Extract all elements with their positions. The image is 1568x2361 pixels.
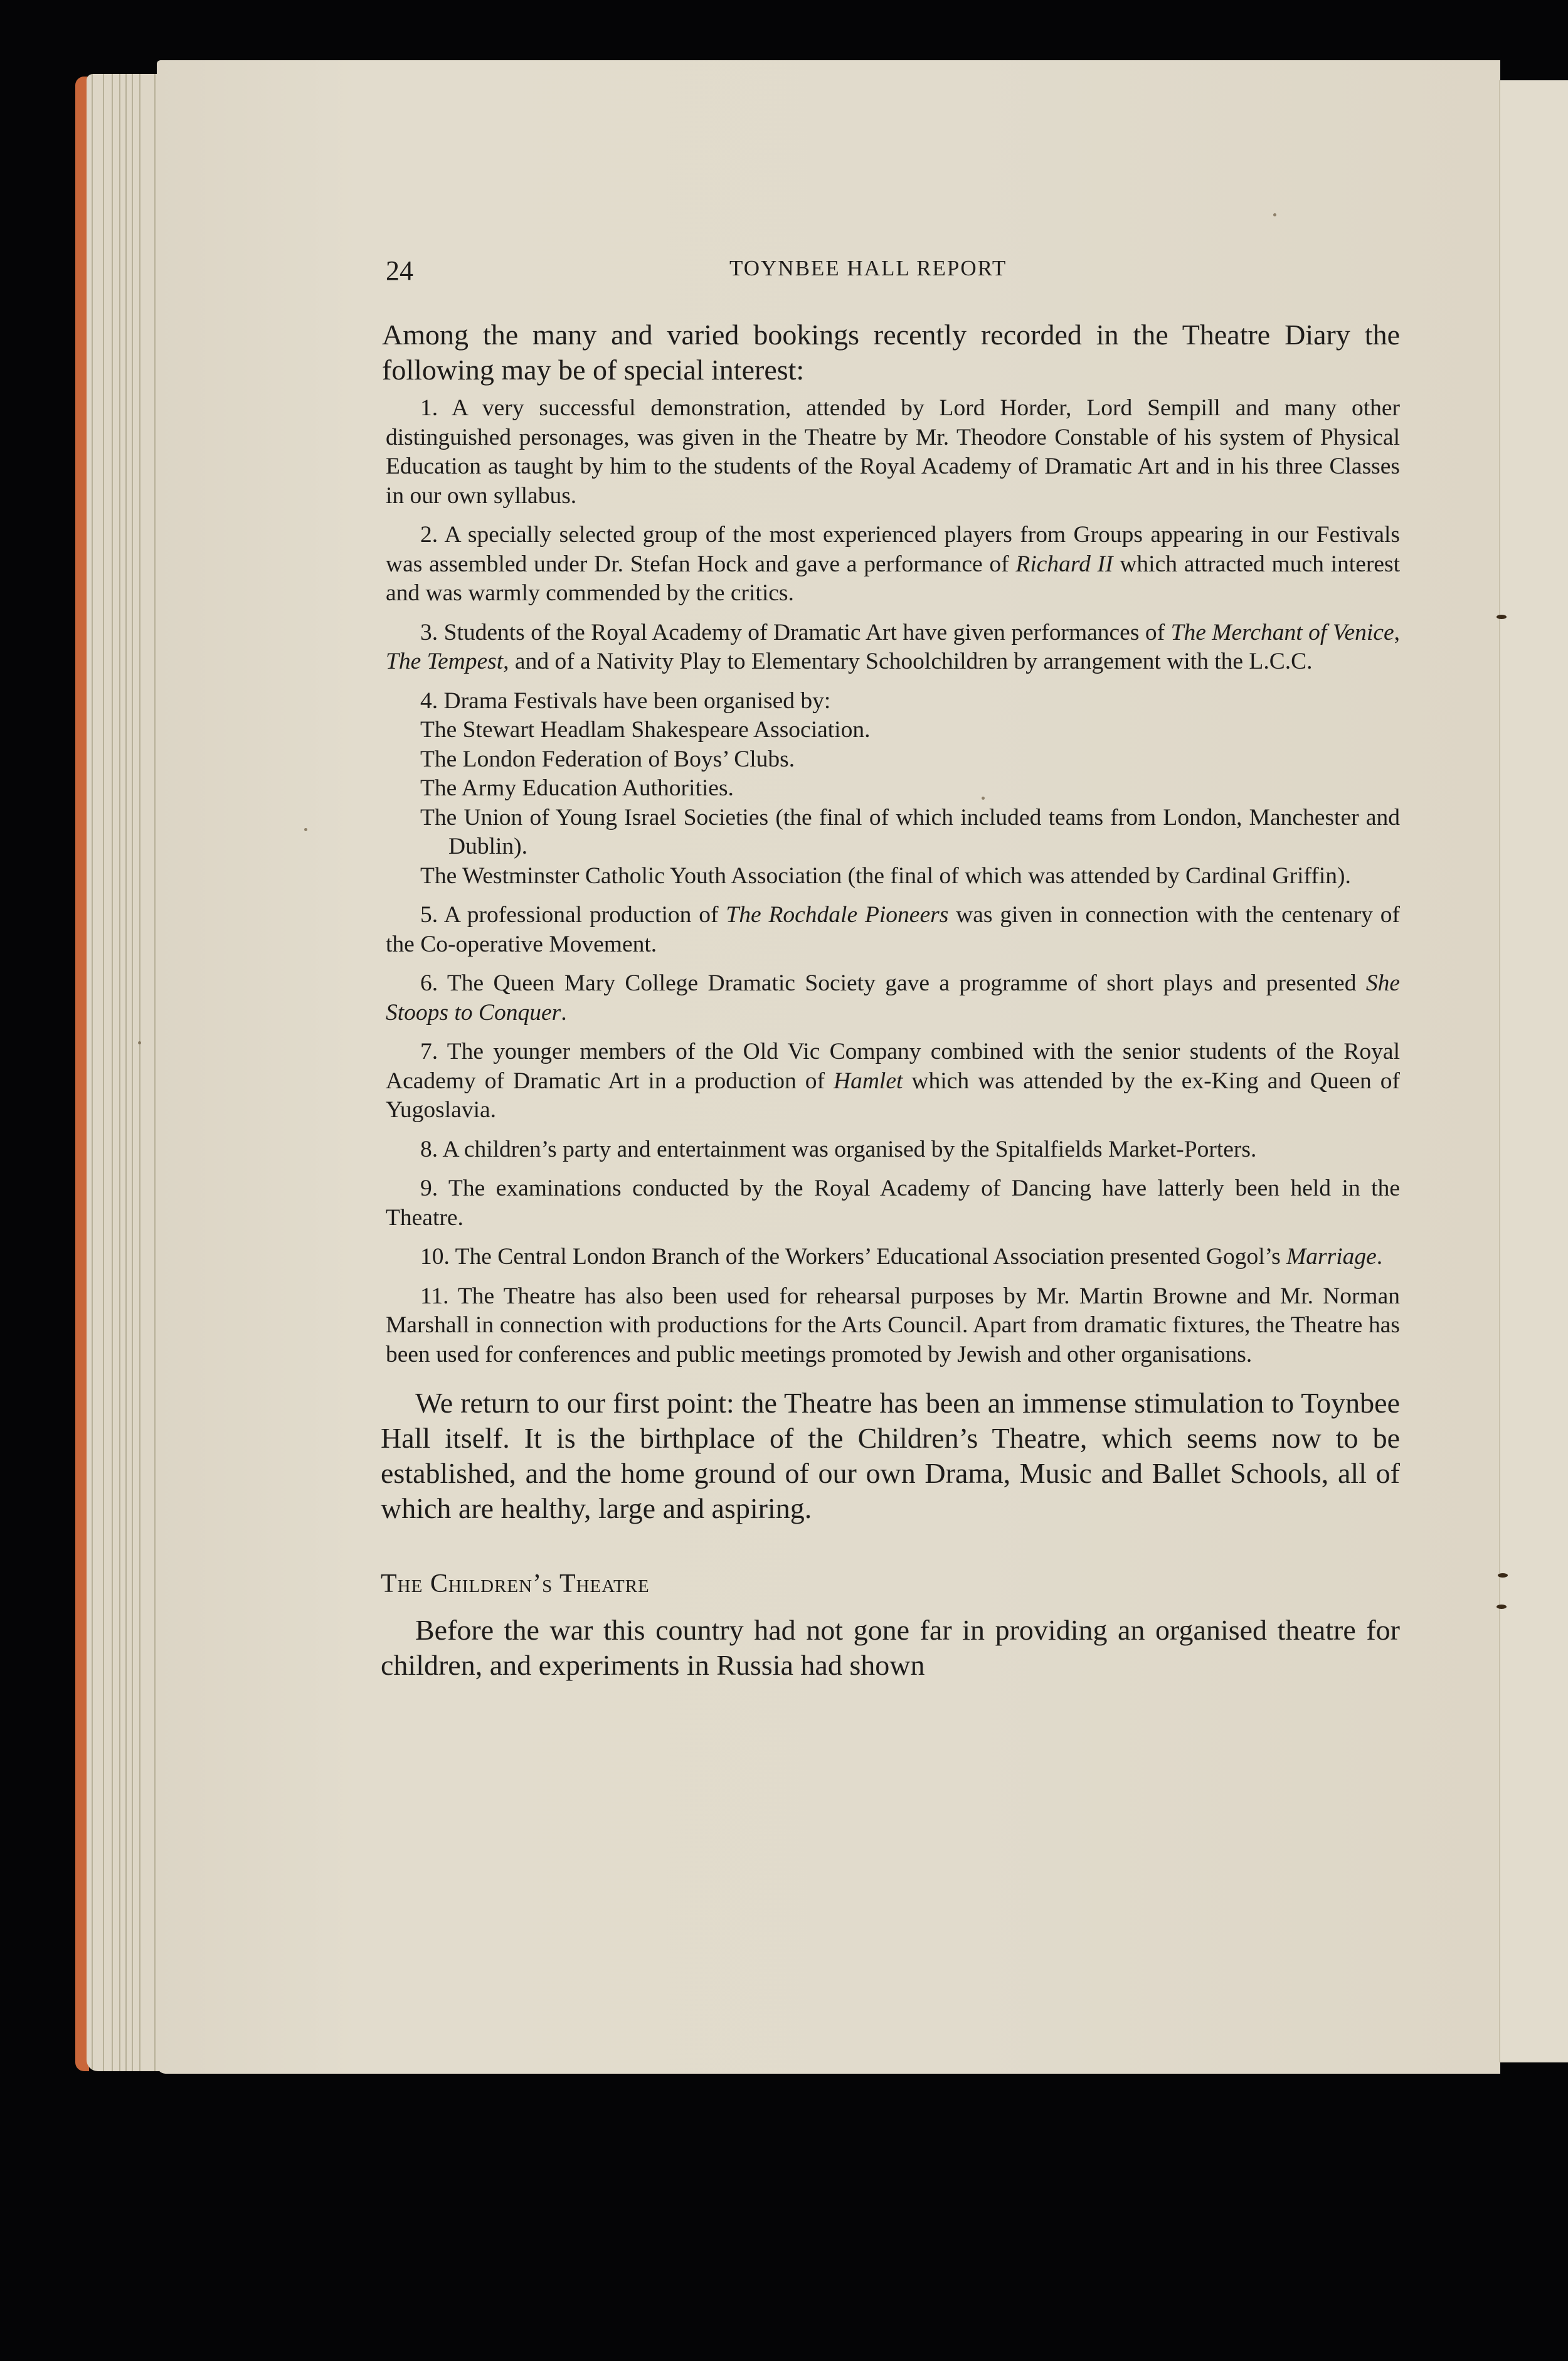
- list-item: 7. The younger members of the Old Vic Co…: [386, 1037, 1400, 1125]
- organiser-item: The Army Education Authorities.: [386, 774, 1400, 804]
- list-item-number: 1.: [420, 395, 452, 421]
- organiser-item: The Westminster Catholic Youth Associati…: [386, 862, 1400, 891]
- list-item-number: 3.: [420, 620, 444, 645]
- binding-hole: [1498, 1573, 1508, 1578]
- running-head-title: TOYNBEE HALL REPORT: [729, 256, 1007, 281]
- intro-text: Among the many and varied bookings recen…: [382, 317, 1400, 388]
- list-item-text: .: [561, 1000, 566, 1026]
- list-item-number: 11.: [420, 1283, 458, 1309]
- section-heading: The Children’s Theatre: [381, 1569, 1400, 1599]
- list-item-text: A very successful demonstration, attende…: [386, 395, 1400, 509]
- page-number: 24: [386, 255, 413, 287]
- work-title: Hamlet: [834, 1068, 903, 1094]
- list-item-text: The Central London Branch of the Workers…: [455, 1244, 1286, 1270]
- list-item: 2. A specially selected group of the mos…: [386, 521, 1400, 608]
- list-item-text: A children’s party and entertainment was…: [442, 1137, 1256, 1162]
- list-item-number: 6.: [420, 970, 447, 996]
- list-item: 4. Drama Festivals have been organised b…: [386, 687, 1400, 891]
- organisers-list: The Stewart Headlam Shakespeare Associat…: [386, 716, 1400, 891]
- section-body: Before the war this country had not gone…: [381, 1613, 1400, 1683]
- intro-paragraph: Among the many and varied bookings recen…: [382, 317, 1400, 388]
- list-item-number: 10.: [420, 1244, 455, 1270]
- list-item-text: A professional production of: [444, 902, 726, 928]
- closing-paragraph: We return to our first point: the Theatr…: [381, 1386, 1400, 1526]
- list-item-heading: 4. Drama Festivals have been organised b…: [386, 687, 1400, 716]
- paper-speck: [1273, 213, 1276, 216]
- list-item-text: The Theatre has also been used for rehea…: [386, 1283, 1400, 1367]
- list-item: 10. The Central London Branch of the Wor…: [386, 1243, 1400, 1272]
- work-title: The Rochdale Pioneers: [726, 902, 948, 928]
- list-item: 9. The examinations conducted by the Roy…: [386, 1174, 1400, 1233]
- list-item: 1. A very successful demonstration, atte…: [386, 394, 1400, 511]
- binding-hole: [1496, 615, 1507, 619]
- list-item: 5. A professional production of The Roch…: [386, 901, 1400, 959]
- binding-hole: [1496, 1605, 1507, 1609]
- page-content: 24 TOYNBEE HALL REPORT Among the many an…: [386, 251, 1400, 1712]
- paper-speck: [138, 1041, 141, 1044]
- list-item-text: , and of a Nativity Play to Elementary S…: [503, 649, 1312, 674]
- list-item-number: 8.: [420, 1137, 442, 1162]
- organiser-item: The Union of Young Israel Societies (the…: [386, 804, 1400, 862]
- list-item-text: .: [1377, 1244, 1382, 1270]
- list-item: 8. A children’s party and entertainment …: [386, 1135, 1400, 1165]
- list-item: 11. The Theatre has also been used for r…: [386, 1282, 1400, 1370]
- list-item-number: 5.: [420, 902, 444, 928]
- list-item-text: The examinations conducted by the Royal …: [386, 1175, 1400, 1231]
- bookings-list: 1. A very successful demonstration, atte…: [386, 394, 1400, 1369]
- list-item-number: 2.: [420, 522, 444, 548]
- list-item: 3. Students of the Royal Academy of Dram…: [386, 618, 1400, 677]
- page-stack-edges: [87, 74, 162, 2071]
- list-item: 6. The Queen Mary College Dramatic Socie…: [386, 969, 1400, 1027]
- list-item-number: 9.: [420, 1175, 448, 1201]
- paper-speck: [304, 828, 307, 831]
- organiser-item: The Stewart Headlam Shakespeare Associat…: [386, 716, 1400, 745]
- work-title: Marriage: [1286, 1244, 1377, 1270]
- work-title: The Merchant of Venice: [1171, 620, 1394, 645]
- list-item-text: The Queen Mary College Dramatic Society …: [447, 970, 1366, 996]
- list-item-text: ,: [1394, 620, 1400, 645]
- work-title: Richard II: [1015, 551, 1113, 577]
- work-title: The Tempest: [386, 649, 503, 674]
- facing-page-edge: [1499, 80, 1568, 2062]
- organiser-item: The London Federation of Boys’ Clubs.: [386, 745, 1400, 775]
- list-item-number: 7.: [420, 1039, 447, 1064]
- running-head: 24 TOYNBEE HALL REPORT: [386, 251, 1400, 295]
- list-item-text: Students of the Royal Academy of Dramati…: [444, 620, 1171, 645]
